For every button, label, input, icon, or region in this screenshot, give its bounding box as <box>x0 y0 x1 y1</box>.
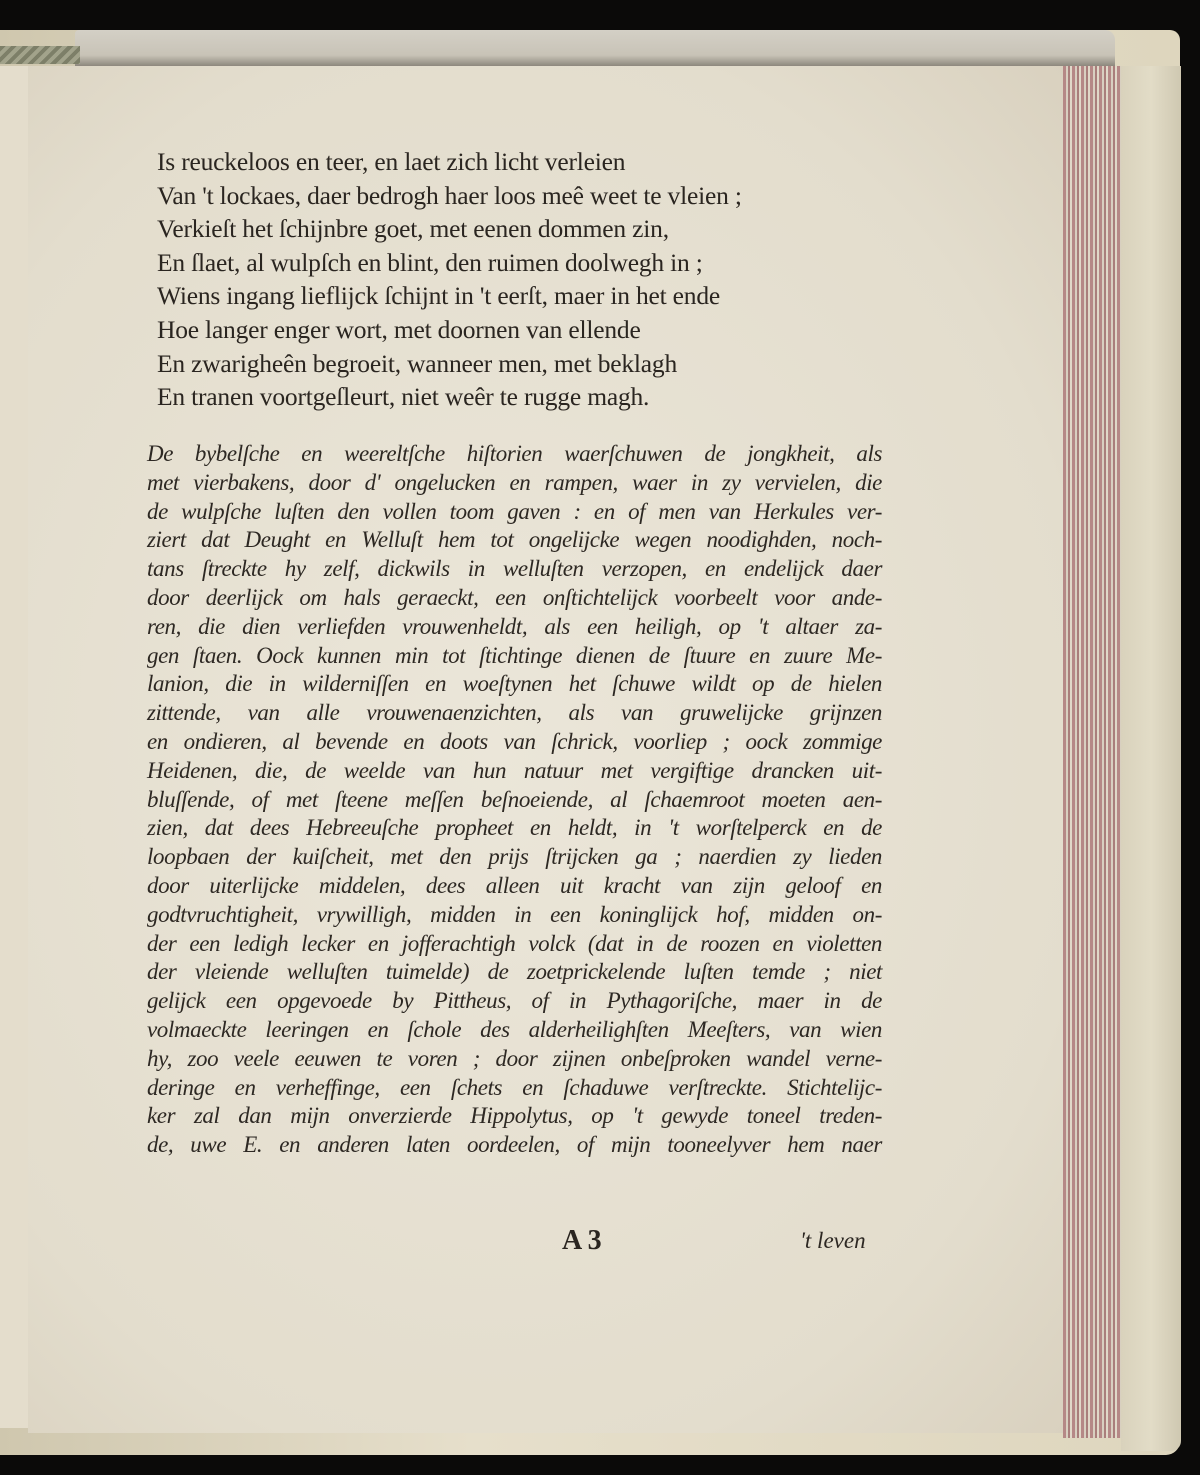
verse-line: Is reuckeloos en teer, en laet zich lich… <box>157 145 897 179</box>
prose-line: lanion, die in wilderniſſen en woeſtynen… <box>147 670 882 699</box>
prose-line: zien, dat dees Hebreeuſche propheet en h… <box>147 814 882 843</box>
verse-line: Hoe langer enger wort, met doornen van e… <box>157 313 897 347</box>
prose-line: volmaeckte leeringen en ſchole des alder… <box>147 1016 882 1045</box>
signature-mark: A 3 <box>562 1225 602 1257</box>
verse-line: En ſlaet, al wulpſch en blint, den ruime… <box>157 246 897 280</box>
prose-line: bluſſende, of met ſteene meſſen beſnoeie… <box>147 786 882 815</box>
prose-line: hy, zoo veele eeuwen te voren ; door zij… <box>147 1045 882 1074</box>
red-stained-fore-edge <box>1063 66 1121 1438</box>
prose-line: door deerlijck om hals geraeckt, een onſ… <box>147 584 882 613</box>
catchword: 't leven <box>800 1228 866 1254</box>
prose-line: en ondieren, al bevende en doots van ſch… <box>147 728 882 757</box>
prose-line: ren, die dien verliefden vrouwenheldt, a… <box>147 613 882 642</box>
prose-line: godtvruchtigheit, vrywilligh, midden in … <box>147 901 882 930</box>
verse-line: En tranen voortgeſleurt, niet weêr te ru… <box>157 380 897 414</box>
prose-line: ker zal dan mijn onverzierde Hippolytus,… <box>147 1102 882 1131</box>
prose-line: der een ledigh lecker en jofferachtigh v… <box>147 930 882 959</box>
prose-line: der vleiende welluſten tuimelde) de zoet… <box>147 958 882 987</box>
verse-line: Verkieſt het ſchijnbre goet, met eenen d… <box>157 212 897 246</box>
prose-line: loopbaen der kuiſcheit, met den prijs ſt… <box>147 843 882 872</box>
prose-line: Heidenen, die, de weelde van hun natuur … <box>147 757 882 786</box>
verse-line: Van 't lockaes, daer bedrogh haer loos m… <box>157 179 897 213</box>
prose-line: door uiterlijcke middelen, dees alleen u… <box>147 872 882 901</box>
prose-line: de, uwe E. en anderen laten oordeelen, o… <box>147 1131 882 1160</box>
prose-line: De bybelſche en weereltſche hiſtorien wa… <box>147 440 882 469</box>
prose-line: ziert dat Deught en Welluſt hem tot onge… <box>147 526 882 555</box>
prose-line: gen ſtaen. Oock kunnen min tot ſtichting… <box>147 642 882 671</box>
vellum-cover-flap <box>1121 66 1181 1451</box>
prose-line: deringe en verheffinge, een ſchets en ſc… <box>147 1074 882 1103</box>
prose-line: zittende, van alle vrouwenaenzichten, al… <box>147 699 882 728</box>
prose-line: met vierbakens, door d' ongelucken en ra… <box>147 469 882 498</box>
prose-line: gelijck een opgevoede by Pittheus, of in… <box>147 987 882 1016</box>
prose-line: de wulpſche luſten den vollen toom gaven… <box>147 498 882 527</box>
prose-block: De bybelſche en weereltſche hiſtorien wa… <box>147 440 882 1160</box>
book-top-edge <box>75 30 1115 66</box>
verse-block: Is reuckeloos en teer, en laet zich lich… <box>157 145 897 414</box>
left-page-edge <box>0 66 29 1428</box>
verse-line: En zwarigheên begroeit, wanneer men, met… <box>157 347 897 381</box>
verse-line: Wiens ingang lieflijck ſchijnt in 't eer… <box>157 279 897 313</box>
binding-cord <box>0 46 80 64</box>
prose-line: tans ſtreckte hy zelf, dickwils in wellu… <box>147 555 882 584</box>
